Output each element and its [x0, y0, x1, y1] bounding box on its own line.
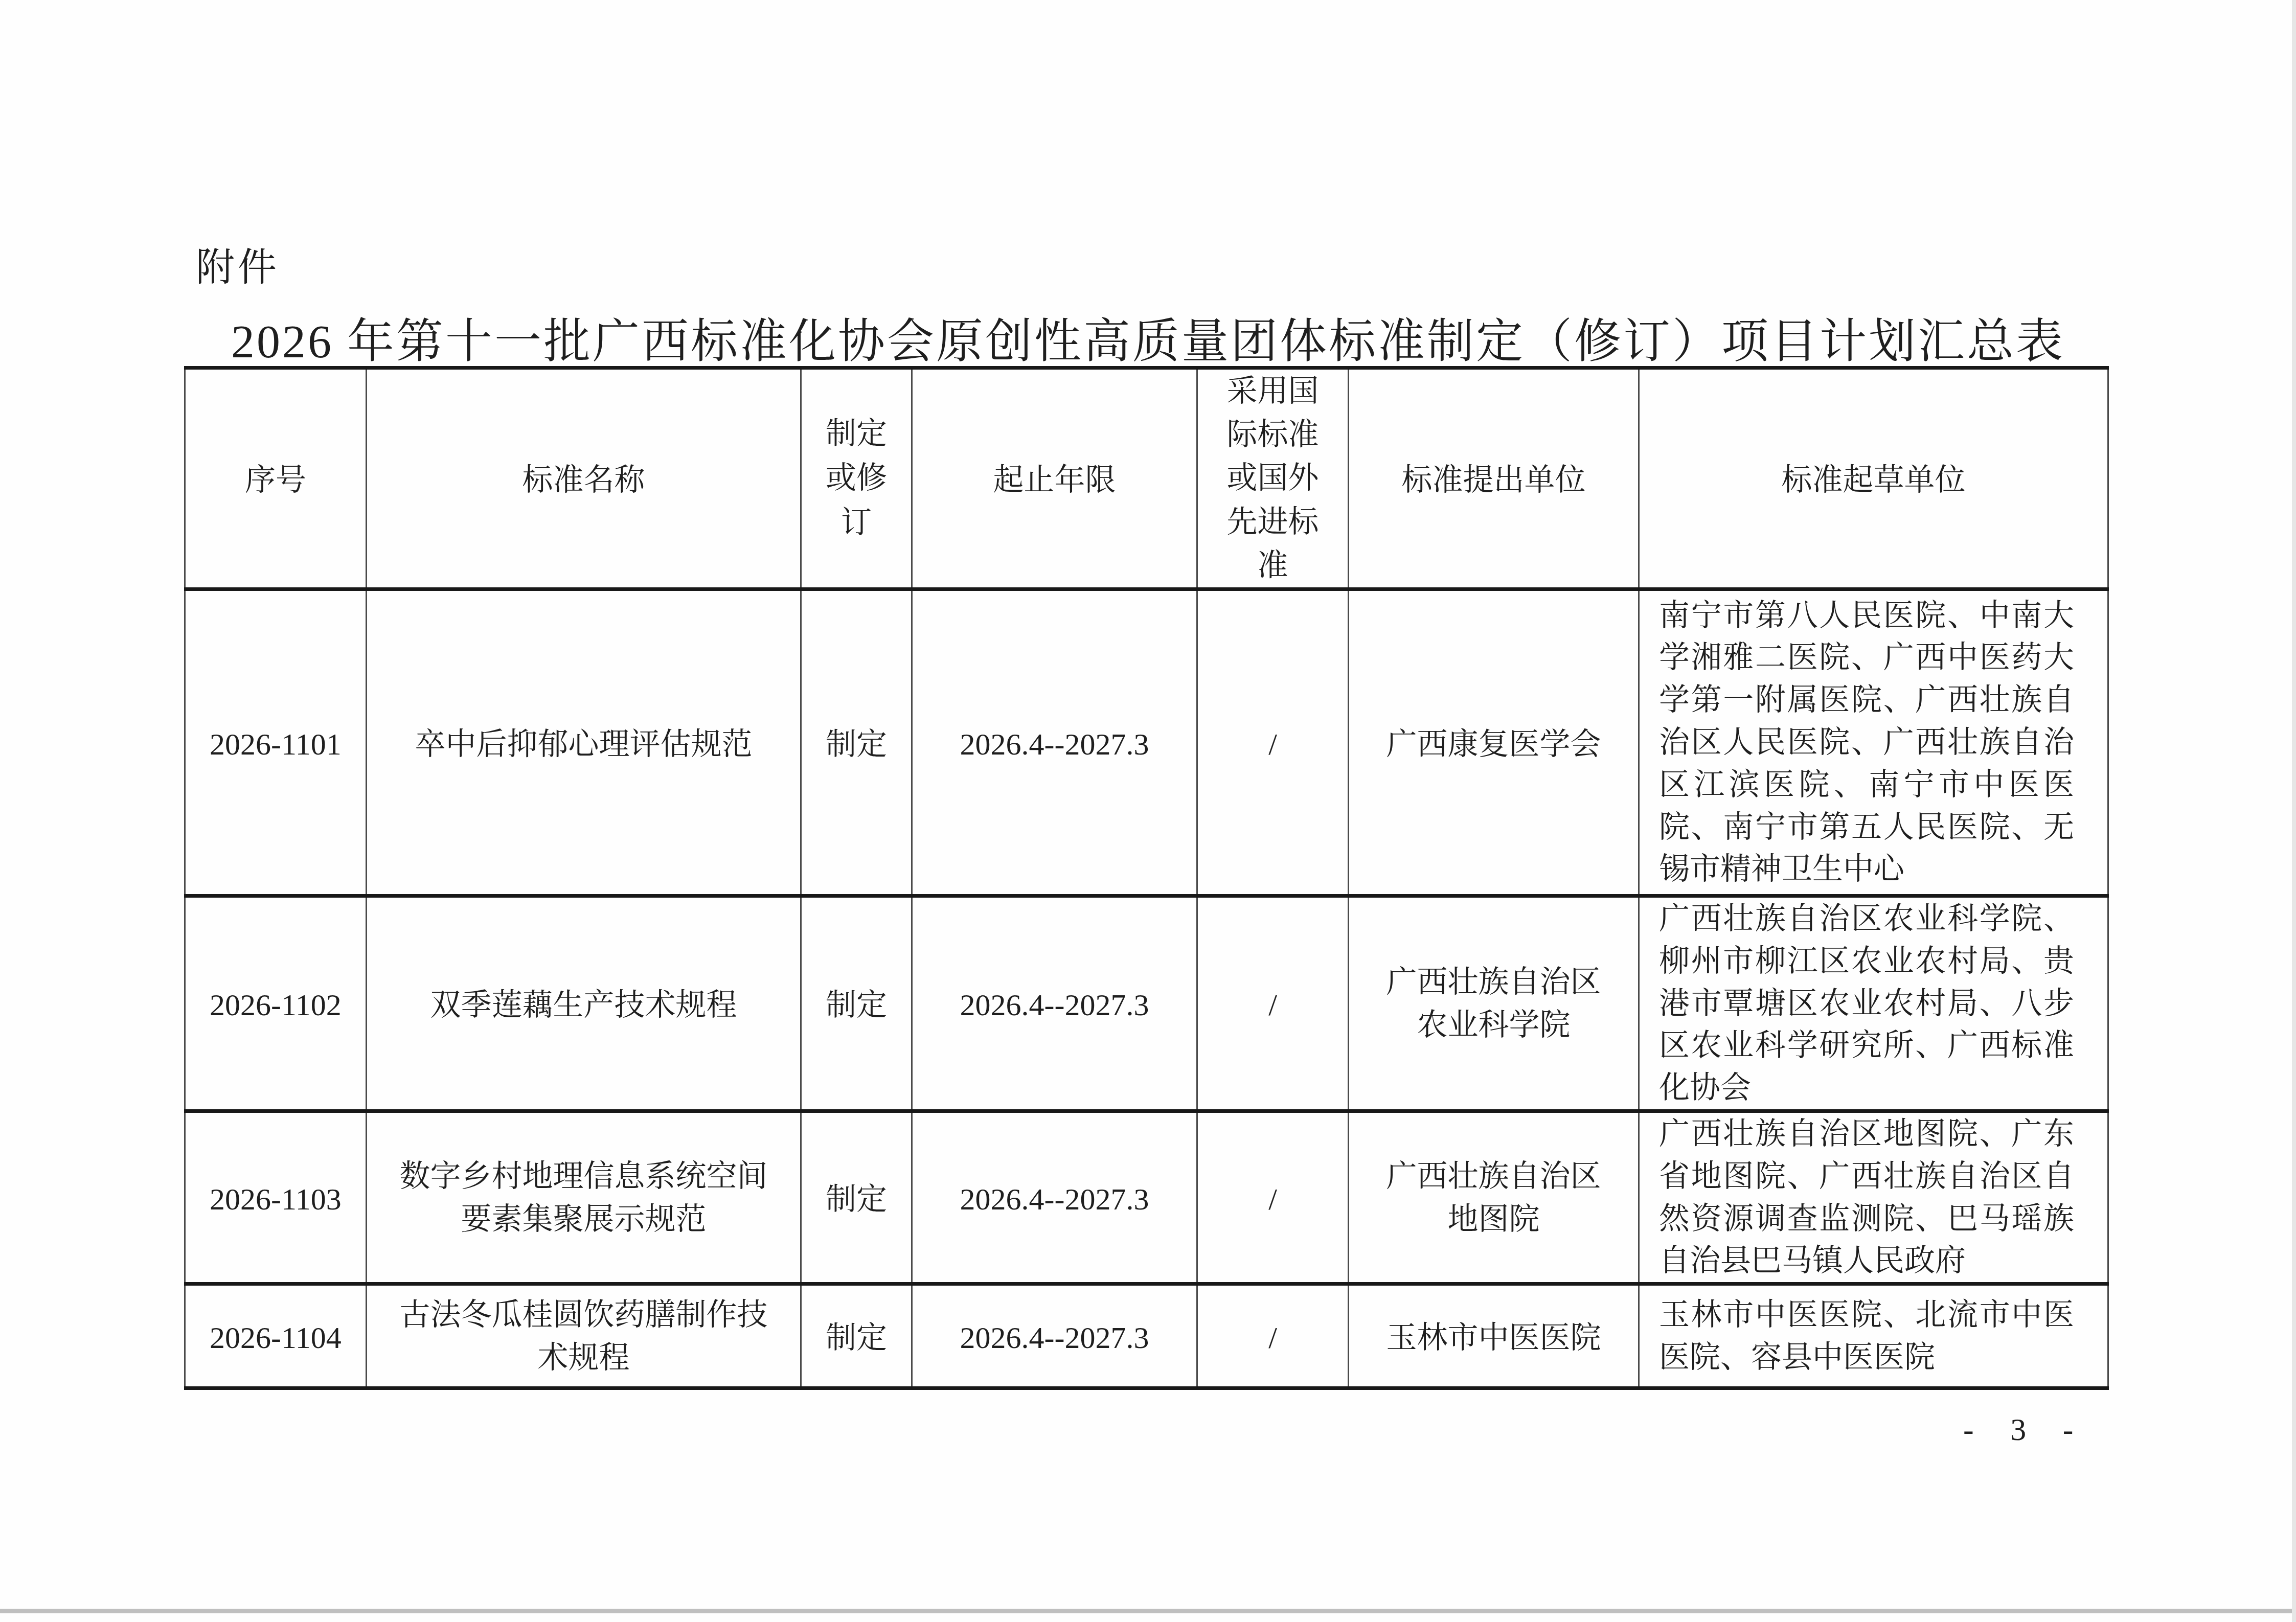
- proposer-value: 玉林市中医医院: [1386, 1316, 1601, 1359]
- drafters-value: 广西壮族自治区农业科学院、柳州市柳江区农业农村局、贵港市覃塘区农业农村局、八步区…: [1659, 898, 2074, 1109]
- cell-adoption: /: [1197, 896, 1349, 1111]
- proposer-value: 广西壮族自治区农业科学院: [1379, 961, 1609, 1046]
- header-serial-label: 序号: [245, 459, 306, 501]
- proposer-value: 广西康复医学会: [1386, 723, 1601, 766]
- header-standard-name-label: 标准名称: [522, 459, 645, 501]
- drafters-value: 广西壮族自治区地图院、广东省地图院、广西壮族自治区自然资源调查监测院、巴马瑶族自…: [1659, 1113, 2074, 1282]
- table-row: 2026-1101 卒中后抑郁心理评估规范 制定 2026.4--2027.3 …: [185, 589, 2108, 896]
- cell-standard-name: 卒中后抑郁心理评估规范: [367, 589, 801, 896]
- cell-period: 2026.4--2027.3: [912, 1284, 1197, 1388]
- header-standard-name: 标准名称: [367, 368, 801, 589]
- cell-drafters: 广西壮族自治区地图院、广东省地图院、广西壮族自治区自然资源调查监测院、巴马瑶族自…: [1639, 1111, 2108, 1284]
- standard-name-value: 古法冬瓜桂圆饮药膳制作技术规程: [395, 1293, 773, 1379]
- proposer-value: 广西壮族自治区地图院: [1379, 1155, 1609, 1241]
- header-drafters: 标准起草单位: [1639, 368, 2108, 589]
- cell-drafters: 南宁市第八人民医院、中南大学湘雅二医院、广西中医药大学第一附属医院、广西壮族自治…: [1639, 589, 2108, 896]
- standards-plan-table: 序号 标准名称 制定或修订 起止年限 采用国际标准或国外先进标准 标准提出单位 …: [184, 366, 2109, 1390]
- header-serial: 序号: [185, 368, 367, 589]
- cell-period: 2026.4--2027.3: [912, 1111, 1197, 1284]
- cell-period: 2026.4--2027.3: [912, 896, 1197, 1111]
- header-proposer: 标准提出单位: [1349, 368, 1639, 589]
- scanned-document-page: { "page": { "attachment_label": "附件", "t…: [0, 0, 2296, 1622]
- adoption-value: /: [1268, 984, 1277, 1026]
- table-row: 2026-1102 双季莲藕生产技术规程 制定 2026.4--2027.3 /…: [185, 896, 2108, 1111]
- header-period-label: 起止年限: [993, 459, 1116, 501]
- standard-name-value: 数字乡村地理信息系统空间要素集聚展示规范: [395, 1155, 773, 1241]
- cell-period: 2026.4--2027.3: [912, 589, 1197, 896]
- cell-adoption: /: [1197, 589, 1349, 896]
- standard-name-value: 双季莲藕生产技术规程: [430, 984, 737, 1026]
- cell-serial: 2026-1104: [185, 1284, 367, 1388]
- scan-edge-artifact: [0, 1609, 2296, 1613]
- cell-standard-name: 双季莲藕生产技术规程: [367, 896, 801, 1111]
- header-adoption: 采用国际标准或国外先进标准: [1197, 368, 1349, 589]
- header-drafters-label: 标准起草单位: [1782, 459, 1966, 501]
- cell-proposer: 玉林市中医医院: [1349, 1284, 1639, 1388]
- cell-proposer: 广西壮族自治区农业科学院: [1349, 896, 1639, 1111]
- adoption-value: /: [1268, 1178, 1277, 1221]
- header-period: 起止年限: [912, 368, 1197, 589]
- adoption-value: /: [1268, 723, 1277, 766]
- cell-standard-name: 古法冬瓜桂圆饮药膳制作技术规程: [367, 1284, 801, 1388]
- cell-proposer: 广西康复医学会: [1349, 589, 1639, 896]
- adoption-value: /: [1268, 1316, 1277, 1359]
- table-row: 2026-1103 数字乡村地理信息系统空间要素集聚展示规范 制定 2026.4…: [185, 1111, 2108, 1284]
- header-formulate-or-revise-label: 制定或修订: [821, 412, 892, 545]
- serial-value: 2026-1103: [210, 1178, 342, 1221]
- type-value: 制定: [826, 1178, 887, 1221]
- table-row: 2026-1104 古法冬瓜桂圆饮药膳制作技术规程 制定 2026.4--202…: [185, 1284, 2108, 1388]
- cell-adoption: /: [1197, 1111, 1349, 1284]
- drafters-value: 玉林市中医医院、北流市中医医院、容县中医医院: [1659, 1294, 2074, 1379]
- attachment-label: 附件: [196, 236, 280, 292]
- type-value: 制定: [826, 723, 887, 766]
- cell-standard-name: 数字乡村地理信息系统空间要素集聚展示规范: [367, 1111, 801, 1284]
- cell-adoption: /: [1197, 1284, 1349, 1388]
- scan-edge-artifact: [2292, 0, 2296, 1622]
- serial-value: 2026-1102: [210, 984, 342, 1026]
- cell-drafters: 广西壮族自治区农业科学院、柳州市柳江区农业农村局、贵港市覃塘区农业农村局、八步区…: [1639, 896, 2108, 1111]
- period-value: 2026.4--2027.3: [960, 1178, 1149, 1221]
- header-adoption-label: 采用国际标准或国外先进标准: [1222, 370, 1324, 587]
- cell-drafters: 玉林市中医医院、北流市中医医院、容县中医医院: [1639, 1284, 2108, 1388]
- header-proposer-label: 标准提出单位: [1402, 459, 1586, 501]
- cell-type: 制定: [801, 589, 912, 896]
- table-header-row: 序号 标准名称 制定或修订 起止年限 采用国际标准或国外先进标准 标准提出单位 …: [185, 368, 2108, 589]
- drafters-value: 南宁市第八人民医院、中南大学湘雅二医院、广西中医药大学第一附属医院、广西壮族自治…: [1659, 595, 2074, 891]
- header-formulate-or-revise: 制定或修订: [801, 368, 912, 589]
- cell-type: 制定: [801, 1111, 912, 1284]
- type-value: 制定: [826, 984, 887, 1026]
- standard-name-value: 卒中后抑郁心理评估规范: [415, 723, 753, 766]
- serial-value: 2026-1101: [210, 723, 342, 766]
- cell-type: 制定: [801, 896, 912, 1111]
- period-value: 2026.4--2027.3: [960, 984, 1149, 1026]
- type-value: 制定: [826, 1316, 887, 1359]
- cell-serial: 2026-1101: [185, 589, 367, 896]
- period-value: 2026.4--2027.3: [960, 1316, 1149, 1359]
- page-title: 2026 年第十一批广西标准化协会原创性高质量团体标准制定（修订）项目计划汇总表: [0, 304, 2296, 371]
- serial-value: 2026-1104: [210, 1316, 342, 1359]
- cell-serial: 2026-1102: [185, 896, 367, 1111]
- cell-serial: 2026-1103: [185, 1111, 367, 1284]
- period-value: 2026.4--2027.3: [960, 723, 1149, 766]
- cell-type: 制定: [801, 1284, 912, 1388]
- page-number: - 3 -: [1963, 1412, 2087, 1448]
- cell-proposer: 广西壮族自治区地图院: [1349, 1111, 1639, 1284]
